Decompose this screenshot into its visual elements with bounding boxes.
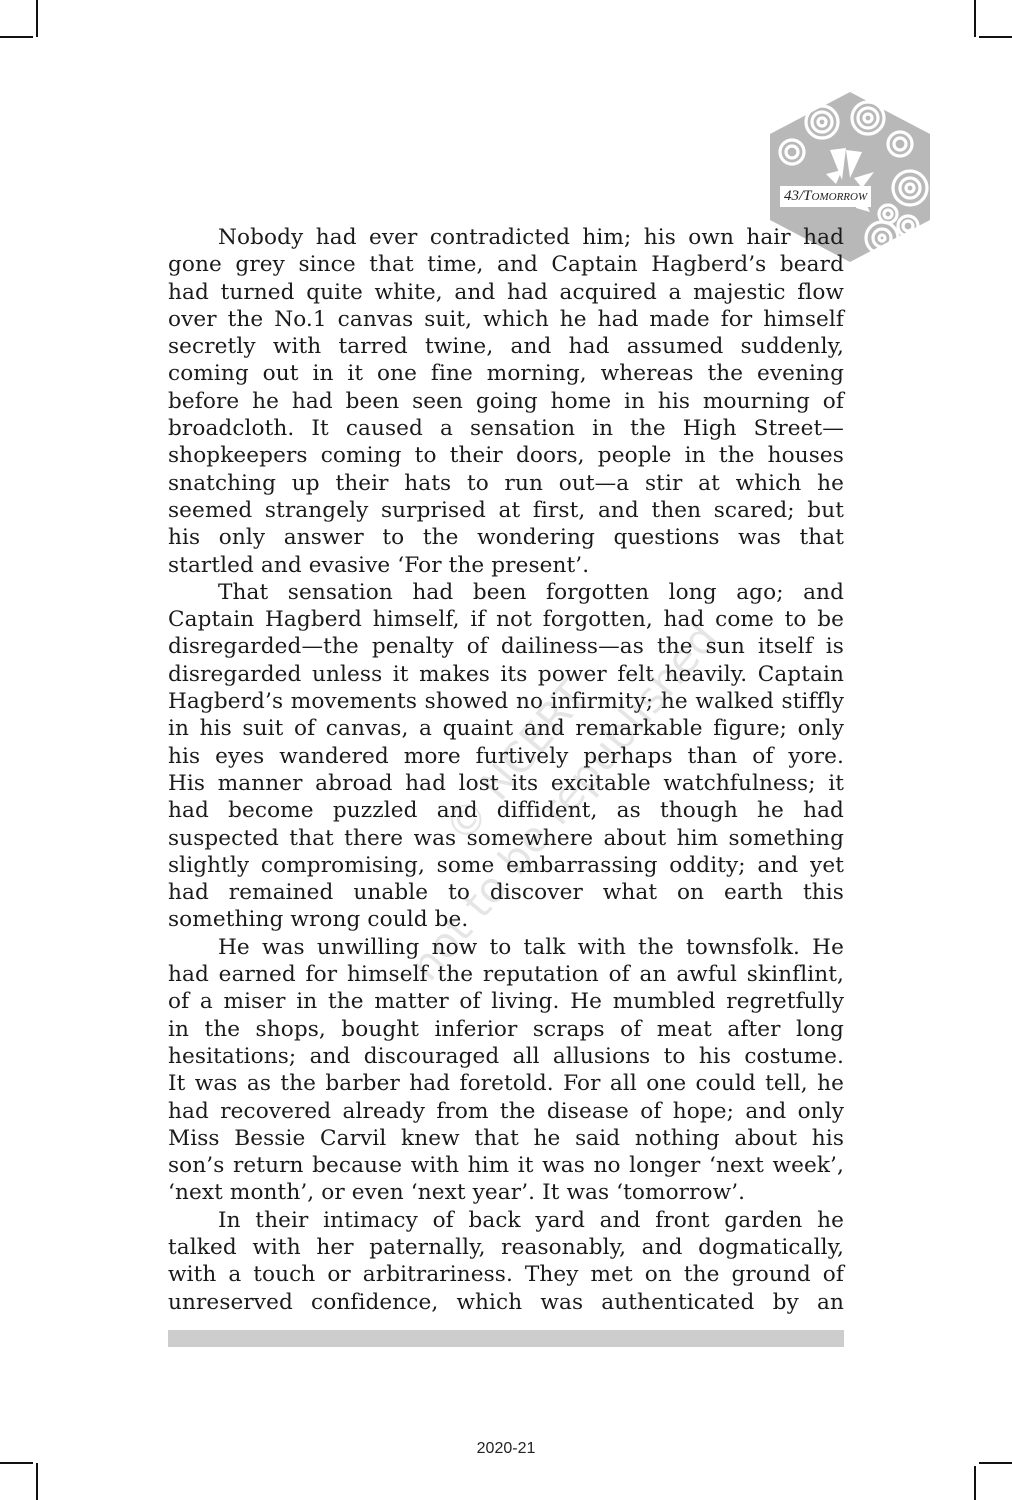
text-line: had become puzzled and diffident, as tho… <box>168 797 844 824</box>
crop-mark-top-left-vertical <box>36 0 38 37</box>
text-line: shopkeepers coming to their doors, peopl… <box>168 442 844 469</box>
text-line: talked with her paternally, reasonably, … <box>168 1234 844 1261</box>
text-line: coming out in it one fine morning, where… <box>168 360 844 387</box>
text-line: Nobody had ever contradicted him; his ow… <box>168 224 844 251</box>
text-line: broadcloth. It caused a sensation in the… <box>168 415 844 442</box>
text-line: disregarded—the penalty of dailiness—as … <box>168 633 844 660</box>
paragraph-2: That sensation had been forgotten long a… <box>168 579 844 934</box>
paragraph-4: In their intimacy of back yard and front… <box>168 1207 844 1316</box>
text-line: He was unwilling now to talk with the to… <box>168 934 844 961</box>
text-line: his eyes wandered more furtively perhaps… <box>168 743 844 770</box>
crop-mark-top-left-horizontal <box>0 36 33 38</box>
text-line: his only answer to the wondering questio… <box>168 524 844 551</box>
text-line: Captain Hagberd himself, if not forgotte… <box>168 606 844 633</box>
text-line: seemed strangely surprised at first, and… <box>168 497 844 524</box>
text-line: son’s return because with him it was no … <box>168 1152 844 1179</box>
footer-year: 2020-21 <box>0 1440 1012 1458</box>
crop-mark-bottom-right-vertical <box>974 1466 976 1500</box>
text-line: Miss Bessie Carvil knew that he said not… <box>168 1125 844 1152</box>
running-head: 43/Tomorrow <box>780 186 871 207</box>
crop-mark-bottom-right-horizontal <box>979 1462 1012 1464</box>
text-line: unreserved confidence, which was authent… <box>168 1289 844 1316</box>
text-line: in his suit of canvas, a quaint and rema… <box>168 715 844 742</box>
paragraph-1: Nobody had ever contradicted him; his ow… <box>168 224 844 579</box>
crop-mark-bottom-left-horizontal <box>0 1462 33 1464</box>
text-line: of a miser in the matter of living. He m… <box>168 988 844 1015</box>
text-line: had recovered already from the disease o… <box>168 1098 844 1125</box>
text-line: hesitations; and discouraged all allusio… <box>168 1043 844 1070</box>
text-line: something wrong could be. <box>168 906 844 933</box>
text-line: gone grey since that time, and Captain H… <box>168 251 844 278</box>
text-line: slightly compromising, some embarrassing… <box>168 852 844 879</box>
text-line: startled and evasive ‘For the present’. <box>168 552 844 579</box>
text-line: Hagberd’s movements showed no infirmity;… <box>168 688 844 715</box>
text-line: over the No.1 canvas suit, which he had … <box>168 306 844 333</box>
text-line: ‘next month’, or even ‘next year’. It wa… <box>168 1179 844 1206</box>
text-line: That sensation had been forgotten long a… <box>168 579 844 606</box>
text-line: disregarded unless it makes its power fe… <box>168 661 844 688</box>
text-line: had remained unable to discover what on … <box>168 879 844 906</box>
page-number: 43 <box>784 188 799 204</box>
text-line: His manner abroad had lost its excitable… <box>168 770 844 797</box>
body-text: Nobody had ever contradicted him; his ow… <box>168 224 844 1316</box>
chapter-title: Tomorrow <box>803 188 867 204</box>
crop-mark-top-right-horizontal <box>979 36 1012 38</box>
bottom-grey-bar <box>168 1330 844 1347</box>
text-line: In their intimacy of back yard and front… <box>168 1207 844 1234</box>
crop-mark-top-right-vertical <box>974 0 976 37</box>
crop-mark-bottom-left-vertical <box>36 1463 38 1500</box>
paragraph-3: He was unwilling now to talk with the to… <box>168 934 844 1207</box>
text-line: It was as the barber had foretold. For a… <box>168 1070 844 1097</box>
text-line: in the shops, bought inferior scraps of … <box>168 1016 844 1043</box>
text-line: secretly with tarred twine, and had assu… <box>168 333 844 360</box>
text-line: before he had been seen going home in hi… <box>168 388 844 415</box>
text-line: had turned quite white, and had acquired… <box>168 279 844 306</box>
text-line: suspected that there was somewhere about… <box>168 825 844 852</box>
text-line: with a touch or arbitrariness. They met … <box>168 1261 844 1288</box>
text-line: had earned for himself the reputation of… <box>168 961 844 988</box>
text-line: snatching up their hats to run out—a sti… <box>168 470 844 497</box>
